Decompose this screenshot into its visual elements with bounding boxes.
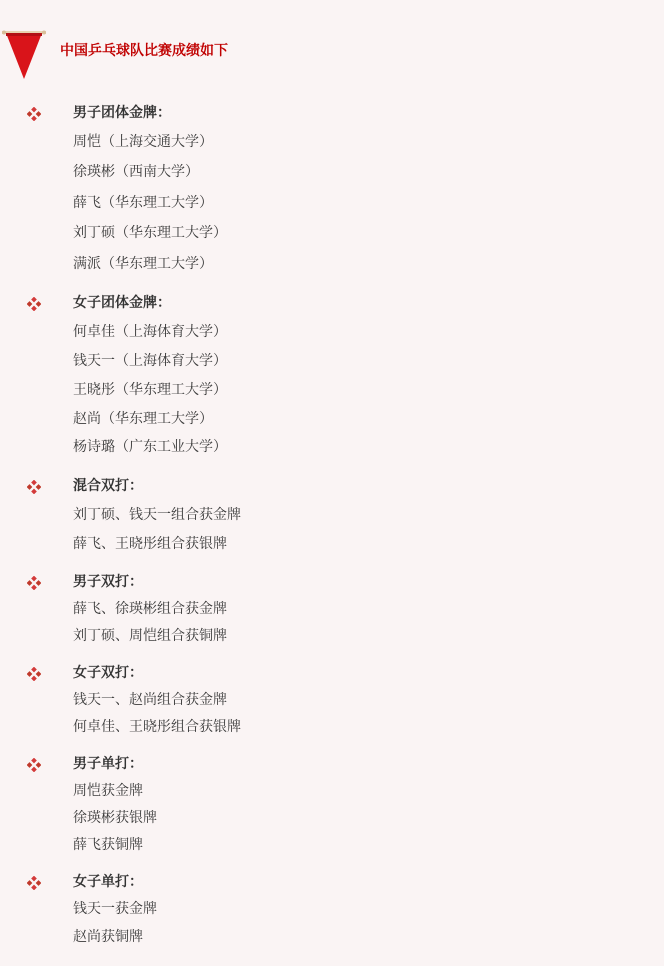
diamond-bullet-icon — [27, 758, 41, 772]
diamond-bullet-icon — [27, 576, 41, 590]
list-item: 杨诗璐（广东工业大学） — [73, 437, 227, 457]
section-title: 混合双打： — [73, 476, 143, 496]
list-item: 徐瑛彬（西南大学） — [73, 162, 199, 182]
list-item: 刘丁硕（华东理工大学） — [73, 223, 227, 243]
pennant-flag-icon — [2, 29, 46, 81]
list-item: 薛飞、徐瑛彬组合获金牌 — [73, 599, 227, 619]
list-item: 刘丁硕、钱天一组合获金牌 — [73, 505, 241, 525]
list-item: 满派（华东理工大学） — [73, 254, 213, 274]
list-item: 何卓佳（上海体育大学） — [73, 322, 227, 342]
list-item: 薛飞（华东理工大学） — [73, 193, 213, 213]
section-title: 男子双打： — [73, 572, 143, 592]
list-item: 赵尚（华东理工大学） — [73, 409, 213, 429]
section-title: 男子单打： — [73, 754, 143, 774]
list-item: 薛飞、王晓彤组合获银牌 — [73, 534, 227, 554]
list-item: 王晓彤（华东理工大学） — [73, 380, 227, 400]
section-title: 女子团体金牌： — [73, 293, 171, 313]
list-item: 周恺（上海交通大学） — [73, 132, 213, 152]
list-item: 周恺获金牌 — [73, 781, 143, 801]
list-item: 薛飞获铜牌 — [73, 835, 143, 855]
section-title: 女子单打： — [73, 872, 143, 892]
list-item: 徐瑛彬获银牌 — [73, 808, 157, 828]
page-title: 中国乒乓球队比赛成绩如下 — [60, 41, 228, 61]
diamond-bullet-icon — [27, 876, 41, 890]
list-item: 钱天一、赵尚组合获金牌 — [73, 690, 227, 710]
list-item: 赵尚获铜牌 — [73, 927, 143, 947]
list-item: 刘丁硕、周恺组合获铜牌 — [73, 626, 227, 646]
diamond-bullet-icon — [27, 297, 41, 311]
list-item: 钱天一获金牌 — [73, 899, 157, 919]
section-title: 男子团体金牌： — [73, 103, 171, 123]
header: 中国乒乓球队比赛成绩如下 — [0, 27, 664, 83]
diamond-bullet-icon — [27, 667, 41, 681]
list-item: 何卓佳、王晓彤组合获银牌 — [73, 717, 241, 737]
list-item: 钱天一（上海体育大学） — [73, 351, 227, 371]
section-title: 女子双打： — [73, 663, 143, 683]
diamond-bullet-icon — [27, 107, 41, 121]
diamond-bullet-icon — [27, 480, 41, 494]
